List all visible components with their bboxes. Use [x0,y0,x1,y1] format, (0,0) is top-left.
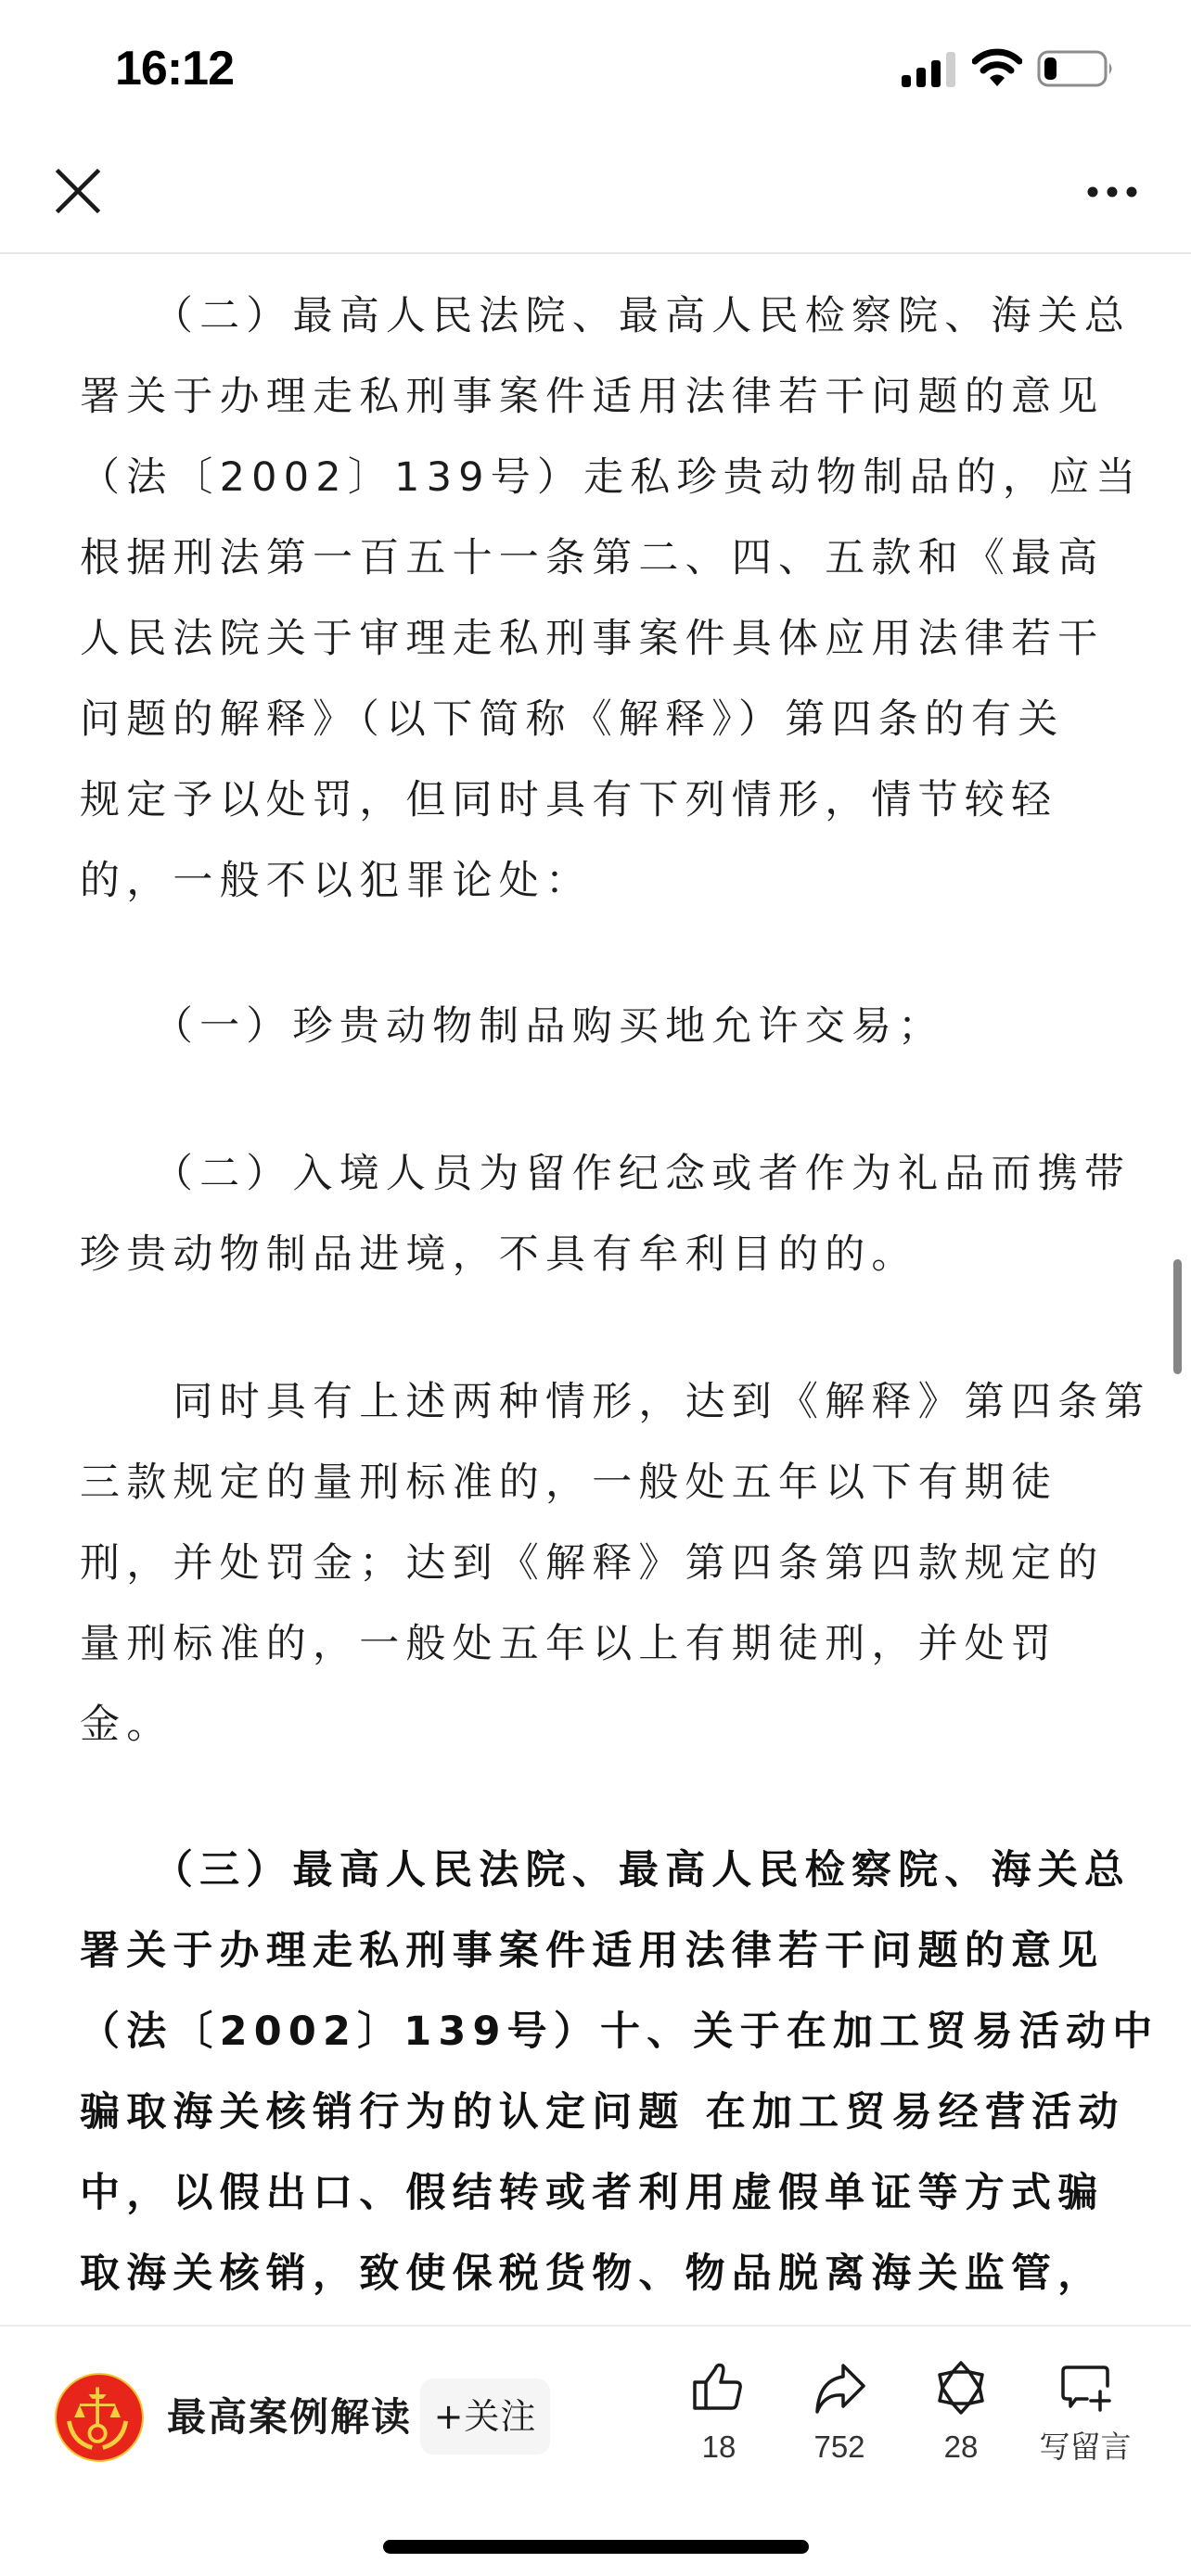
text-line: 金。 [80,1685,1119,1766]
wow-star-icon [931,2358,991,2417]
more-horizontal-icon [1080,178,1146,206]
wow-count: 28 [905,2429,1017,2466]
account-avatar[interactable] [55,2373,144,2462]
more-button[interactable] [1080,178,1146,206]
account-name[interactable]: 最高案例解读 [167,2390,412,2445]
like-count: 18 [663,2429,775,2466]
text-line: （二）最高人民法院、最高人民检察院、海关总 [80,276,1119,357]
paragraph-item-2: （二）入境人员为留作纪念或者作为礼品而携带 珍贵动物制品进境，不具有牟利目的的。 [80,1134,1119,1295]
text-line: 骗取海关核销行为的认定问题 在加工贸易经营活动 [80,2072,1119,2153]
paragraph-sentencing: 同时具有上述两种情形，达到《解释》第四条第 三款规定的量刑标准的，一般处五年以下… [80,1362,1119,1766]
text-line: 取海关核销，致使保税货物、物品脱离海关监管， [80,2234,1119,2315]
write-comment-label: 写留言 [1030,2429,1141,2466]
text-line: 同时具有上述两种情形，达到《解释》第四条第 [80,1362,1119,1443]
text-line: 量刑标准的，一般处五年以上有期徒刑，并处罚 [80,1604,1119,1685]
text-line: 署关于办理走私刑事案件适用法律若干问题的意见 [80,357,1119,438]
thumbs-up-icon [689,2358,749,2417]
write-comment-button[interactable]: 写留言 [1030,2358,1141,2479]
article-body: （二）最高人民法院、最高人民检察院、海关总 署关于办理走私刑事案件适用法律若干问… [0,254,1191,2324]
paragraph-opinion-2: （二）最高人民法院、最高人民检察院、海关总 署关于办理走私刑事案件适用法律若干问… [80,276,1119,922]
wow-button[interactable]: 28 [905,2358,1017,2479]
text-line: 三款规定的量刑标准的，一般处五年以下有期徒 [80,1443,1119,1524]
battery-icon [1037,50,1115,87]
text-line: （三）最高人民法院、最高人民检察院、海关总 [80,1830,1119,1911]
close-icon [52,165,104,217]
text-line: 中，以假出口、假结转或者利用虚假单证等方式骗 [80,2153,1119,2234]
text-line: 人民法院关于审理走私刑事案件具体应用法律若干 [80,599,1119,680]
nav-bar [0,130,1191,254]
text-line: （法〔2002〕139号）走私珍贵动物制品的，应当 [80,438,1119,518]
home-indicator[interactable] [383,2540,809,2554]
paragraph-item-1: （一）珍贵动物制品购买地允许交易； [80,987,1119,1067]
close-button[interactable] [52,165,104,217]
text-line: 规定予以处罚，但同时具有下列情形，情节较轻 [80,760,1119,841]
text-line: （二）入境人员为留作纪念或者作为礼品而携带 [80,1134,1119,1215]
text-line: （一）珍贵动物制品购买地允许交易； [80,987,1119,1067]
text-line: （法〔2002〕139号）十、关于在加工贸易活动中 [80,1992,1119,2072]
text-line: 署关于办理走私刑事案件适用法律若干问题的意见 [80,1911,1119,1992]
comment-add-icon [1056,2358,1115,2417]
text-line: 珍贵动物制品进境，不具有牟利目的的。 [80,1215,1119,1295]
like-button[interactable]: 18 [663,2358,775,2479]
wifi-icon [972,48,1022,87]
share-icon [810,2358,869,2417]
text-line: 问题的解释》（以下简称《解释》）第四条的有关 [80,680,1119,760]
follow-button[interactable]: +关注 [420,2378,550,2455]
share-button[interactable]: 752 [784,2358,895,2479]
bottom-action-bar: 最高案例解读 +关注 18 752 28 写留言 [0,2325,1191,2576]
share-count: 752 [784,2429,895,2466]
status-time: 16:12 [115,41,234,96]
cellular-signal-icon [902,52,957,87]
text-line: 的，一般不以犯罪论处： [80,841,1119,922]
status-bar: 16:12 [0,0,1191,130]
paragraph-opinion-3-heading: （三）最高人民法院、最高人民检察院、海关总 署关于办理走私刑事案件适用法律若干问… [80,1830,1119,2315]
text-line: 刑，并处罚金；达到《解释》第四条第四款规定的 [80,1524,1119,1604]
court-emblem-icon [57,2375,142,2460]
text-line: 根据刑法第一百五十一条第二、四、五款和《最高 [80,518,1119,599]
vertical-scrollbar[interactable] [1173,1259,1182,1374]
